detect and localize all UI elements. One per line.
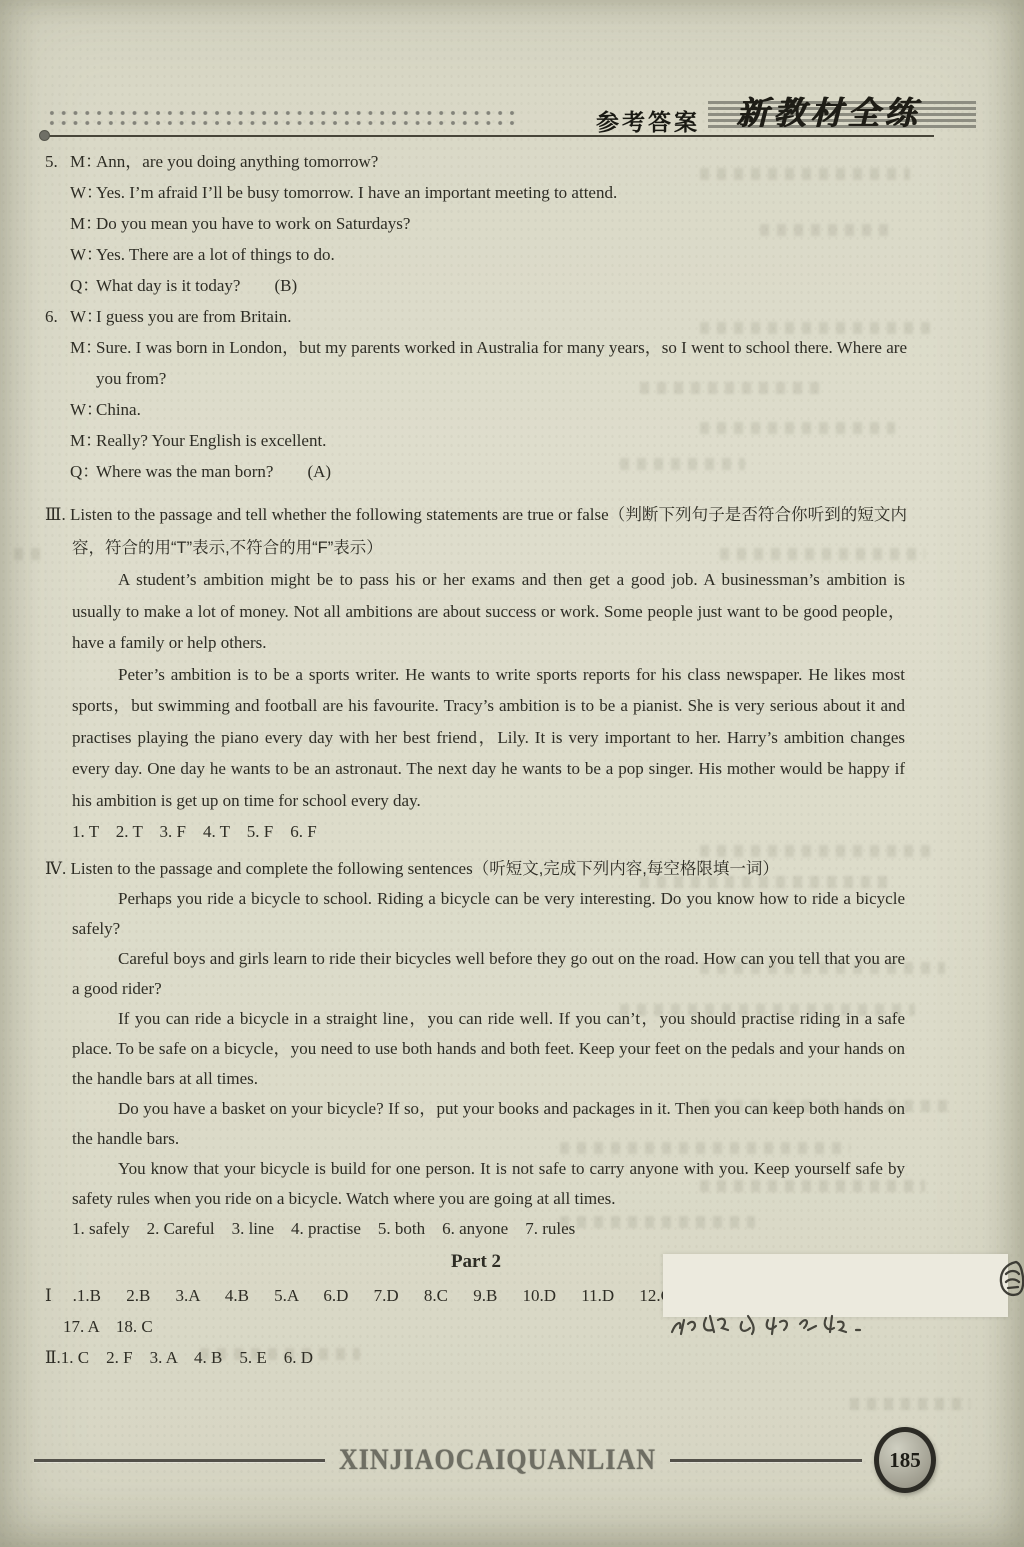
passage-paragraph: You know that your bicycle is build for … (72, 1154, 905, 1214)
dialogue-text: Yes. There are a lot of things to do. (96, 245, 335, 264)
section-roman-numeral: Ⅳ. (45, 859, 66, 878)
dialogue-line: M：Do you mean you have to work on Saturd… (70, 208, 907, 239)
speaker-label: M： (70, 332, 102, 363)
speaker-label: W： (70, 177, 103, 208)
speaker-label: W： (70, 394, 103, 425)
section-passage: A student’s ambition might be to pass hi… (72, 564, 905, 816)
handwriting-circle-mark (996, 1258, 1024, 1300)
footer-rule-left (34, 1459, 325, 1462)
dialogue-line: M：Really? Your English is excellent. (70, 425, 907, 456)
speaker-label: Q： (70, 270, 99, 301)
brand-logo: 新教材全练 (680, 91, 970, 137)
footer-rule-right (670, 1459, 862, 1462)
dialogue-line: M：Sure. I was born in London，but my pare… (70, 332, 907, 394)
dialogue-line: M：Ann，are you doing anything tomorrow? (70, 146, 907, 177)
dialogue-line: W：Yes. There are a lot of things to do. (70, 239, 907, 270)
item-number: 5. (45, 146, 58, 177)
dialogue-line: Q：What day is it today? (B) (70, 270, 907, 301)
section-heading-en: Listen to the passage and tell whether t… (70, 505, 609, 524)
section-heading: Ⅳ. Listen to the passage and complete th… (45, 854, 907, 884)
page-number: 185 (889, 1448, 921, 1473)
speaker-label: Q： (70, 456, 99, 487)
dialogue-text: Ann，are you doing anything tomorrow? (96, 152, 378, 171)
section-roman-numeral: Ⅲ. (45, 505, 66, 524)
speaker-label: M： (70, 425, 102, 456)
passage-paragraph: Peter’s ambition is to be a sports write… (72, 659, 905, 817)
page-header: 参考答案 新教材全练 (40, 103, 1008, 149)
dialogue-text: Sure. I was born in London，but my parent… (96, 338, 907, 388)
header-rule (42, 135, 934, 137)
item-number: 6. (45, 301, 58, 332)
passage-paragraph: If you can ride a bicycle in a straight … (72, 1004, 905, 1094)
scanned-workbook-page: 参考答案 新教材全练 5. M：Ann，are you doing anythi… (0, 0, 1024, 1547)
dialogue-text: Yes. I’m afraid I’ll be busy tomorrow. I… (96, 183, 617, 202)
header-rule-end-dot (39, 130, 50, 141)
page-footer: XINJIAOCAIQUANLIAN 185 (34, 1426, 936, 1494)
dialogue-text: Really? Your English is excellent. (96, 431, 326, 450)
correction-strip (663, 1254, 1008, 1317)
dialogue-text: I guess you are from Britain. (96, 307, 291, 326)
section-4-answers: 1. safely 2. Careful 3. line 4. practise… (72, 1214, 907, 1244)
dialogue-line: W：China. (70, 394, 907, 425)
dialogue-item-6: 6. W：I guess you are from Britain. M：Sur… (45, 301, 907, 487)
speaker-label: W： (70, 301, 103, 332)
part-2-answer-row-3: Ⅱ.1. C 2. F 3. A 4. B 5. E 6. D (45, 1342, 907, 1373)
listening-section-3: Ⅲ. Listen to the passage and tell whethe… (45, 499, 907, 848)
listening-section-4: Ⅳ. Listen to the passage and complete th… (45, 854, 907, 1244)
bleedthrough-mark (850, 1398, 970, 1410)
passage-paragraph: Careful boys and girls learn to ride the… (72, 944, 905, 1004)
passage-paragraph: A student’s ambition might be to pass hi… (72, 564, 905, 659)
dialogue-line: Q：Where was the man born? (A) (70, 456, 907, 487)
passage-paragraph: Perhaps you ride a bicycle to school. Ri… (72, 884, 905, 944)
speaker-label: M： (70, 146, 102, 177)
answer-key-content: 5. M：Ann，are you doing anything tomorrow… (45, 146, 907, 1373)
dialogue-text: Where was the man born? (A) (96, 462, 331, 481)
dialogue-line: W：I guess you are from Britain. (70, 301, 907, 332)
dialogue-text: Do you mean you have to work on Saturday… (96, 214, 410, 233)
handwriting-scribble (668, 1312, 868, 1342)
brand-logo-text: 新教材全练 (736, 91, 921, 135)
speaker-label: M： (70, 208, 102, 239)
section-heading: Ⅲ. Listen to the passage and tell whethe… (45, 499, 907, 564)
section-heading-zh: （听短文,完成下列内容,每空格限填一词） (473, 860, 779, 878)
dialogue-text: What day is it today? (B) (96, 276, 297, 295)
dialogue-line: W：Yes. I’m afraid I’ll be busy tomorrow.… (70, 177, 907, 208)
page-number-badge: 185 (874, 1427, 936, 1493)
section-heading-en: Listen to the passage and complete the f… (70, 859, 472, 878)
speaker-label: W： (70, 239, 103, 270)
footer-brand-text: XINJIAOCAIQUANLIAN (339, 1443, 656, 1478)
section-3-answers: 1. T 2. T 3. F 4. T 5. F 6. F (72, 816, 907, 848)
section-passage: Perhaps you ride a bicycle to school. Ri… (72, 884, 905, 1214)
bleedthrough-mark (14, 548, 48, 560)
dotted-divider (46, 108, 520, 129)
passage-paragraph: Do you have a basket on your bicycle? If… (72, 1094, 905, 1154)
dialogue-item-5: 5. M：Ann，are you doing anything tomorrow… (45, 146, 907, 301)
